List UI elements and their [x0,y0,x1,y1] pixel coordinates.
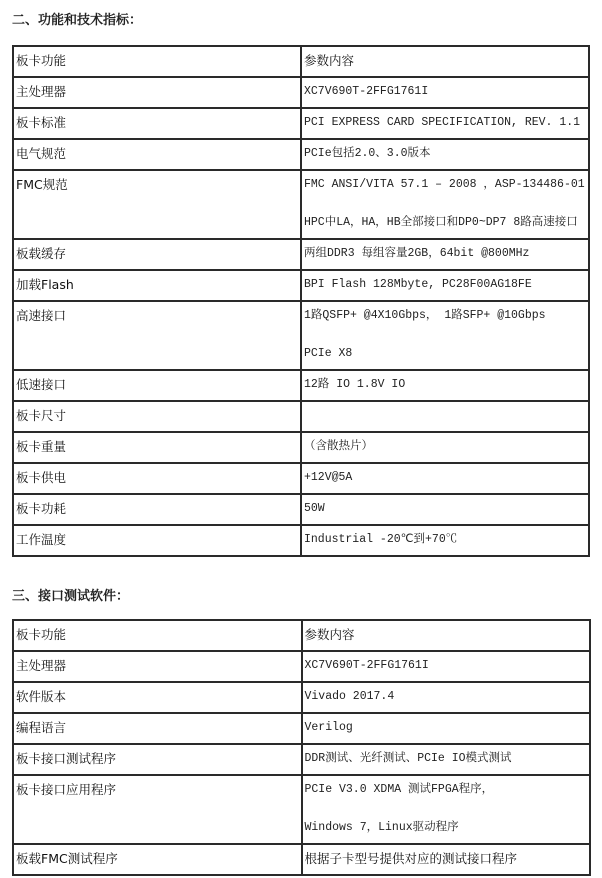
row-value: PCIe V3.0 XDMA 测试FPGA程序， Windows 7，Linux… [302,775,591,844]
table-row: 板载缓存 两组DDR3 每组容量2GB，64bit @800MHz [13,239,589,270]
table-row: FMC规范 FMC ANSI/VITA 57.1 – 2008 ，ASP-134… [13,170,589,239]
table-row: 低速接口 12路 IO 1.8V IO [13,370,589,401]
table-row: 板卡功耗 50W [13,494,589,525]
row-label: 板卡接口应用程序 [13,775,302,844]
table-row: 板卡尺寸 [13,401,589,432]
table-header-row: 板卡功能 参数内容 [13,620,590,651]
row-label: 板卡供电 [13,463,301,494]
row-label: 编程语言 [13,713,302,744]
row-label: 板卡尺寸 [13,401,301,432]
row-value: +12V@5A [301,463,589,494]
table-row: 编程语言 Verilog [13,713,590,744]
row-value [301,401,589,432]
table-row: 板卡标准 PCI EXPRESS CARD SPECIFICATION, REV… [13,108,589,139]
row-value: 两组DDR3 每组容量2GB，64bit @800MHz [301,239,589,270]
table-row: 加载Flash BPI Flash 128Mbyte, PC28F00AG18F… [13,270,589,301]
table-row: 电气规范 PCIe包括2.0、3.0版本 [13,139,589,170]
table-row: 板载FMC测试程序 根据子卡型号提供对应的测试接口程序 [13,844,590,875]
row-value: DDR测试、光纤测试、PCIe IO模式测试 [302,744,591,775]
row-value: XC7V690T-2FFG1761I [301,77,589,108]
row-value: BPI Flash 128Mbyte, PC28F00AG18FE [301,270,589,301]
row-value: XC7V690T-2FFG1761I [302,651,591,682]
row-value: FMC ANSI/VITA 57.1 – 2008 ，ASP-134486-01… [301,170,589,239]
row-label: 电气规范 [13,139,301,170]
table-row: 工作温度 Industrial -20℃到+70℃ [13,525,589,556]
row-label: 板卡功耗 [13,494,301,525]
header-label: 板卡功能 [13,46,301,77]
row-label: 低速接口 [13,370,301,401]
row-value: 12路 IO 1.8V IO [301,370,589,401]
table-row: 主处理器 XC7V690T-2FFG1761I [13,77,589,108]
header-label: 板卡功能 [13,620,302,651]
row-value: Vivado 2017.4 [302,682,591,713]
table-row: 板卡重量 （含散热片） [13,432,589,463]
row-value: Verilog [302,713,591,744]
row-label: 高速接口 [13,301,301,370]
row-label: 板载缓存 [13,239,301,270]
table-row: 板卡接口应用程序 PCIe V3.0 XDMA 测试FPGA程序， Window… [13,775,590,844]
row-value: （含散热片） [301,432,589,463]
table-header-row: 板卡功能 参数内容 [13,46,589,77]
table-row: 板卡供电 +12V@5A [13,463,589,494]
row-value: PCIe包括2.0、3.0版本 [301,139,589,170]
table-row: 板卡接口测试程序 DDR测试、光纤测试、PCIe IO模式测试 [13,744,590,775]
row-label: 板载FMC测试程序 [13,844,302,875]
section-2-heading: 二、功能和技术指标： [12,9,142,28]
table-row: 主处理器 XC7V690T-2FFG1761I [13,651,590,682]
header-value: 参数内容 [301,46,589,77]
row-value: Industrial -20℃到+70℃ [301,525,589,556]
row-label: 工作温度 [13,525,301,556]
row-label: 主处理器 [13,77,301,108]
table-row: 软件版本 Vivado 2017.4 [13,682,590,713]
table-row: 高速接口 1路QSFP+ @4X10Gbps， 1路SFP+ @10Gbps P… [13,301,589,370]
header-value: 参数内容 [302,620,591,651]
software-spec-table: 板卡功能 参数内容 主处理器 XC7V690T-2FFG1761I 软件版本 V… [12,619,591,876]
row-value: 1路QSFP+ @4X10Gbps， 1路SFP+ @10Gbps PCIe X… [301,301,589,370]
row-label: 板卡标准 [13,108,301,139]
row-label: 软件版本 [13,682,302,713]
row-value: PCI EXPRESS CARD SPECIFICATION, REV. 1.1 [301,108,589,139]
row-label: FMC规范 [13,170,301,239]
row-label: 加载Flash [13,270,301,301]
hardware-spec-table: 板卡功能 参数内容 主处理器 XC7V690T-2FFG1761I 板卡标准 P… [12,45,590,557]
row-label: 板卡重量 [13,432,301,463]
row-label: 主处理器 [13,651,302,682]
row-value: 50W [301,494,589,525]
row-value: 根据子卡型号提供对应的测试接口程序 [302,844,591,875]
row-label: 板卡接口测试程序 [13,744,302,775]
section-3-heading: 三、接口测试软件： [12,585,129,604]
